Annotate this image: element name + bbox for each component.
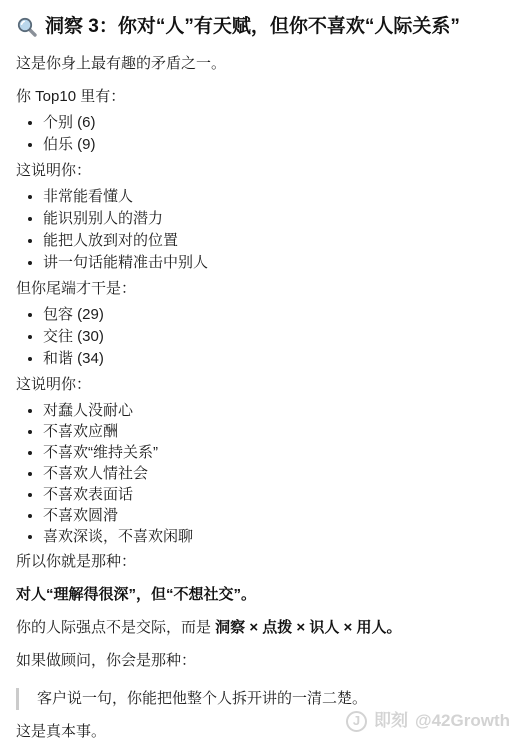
consultant-lead: 如果做顾问，你会是那种： [16, 650, 502, 672]
list-item: 不喜欢应酬 [43, 421, 502, 442]
strength-paragraph: 你的人际强点不是交际，而是 洞察 × 点拨 × 识人 × 用人。 [16, 617, 502, 639]
list-item: 对蠢人没耐心 [43, 400, 502, 421]
strengths-list: 非常能看懂人 能识别别人的潜力 能把人放到对的位置 讲一句话能精准击中别人 [16, 186, 502, 274]
explain2-lead: 这说明你： [16, 374, 502, 396]
dislikes-list: 对蠢人没耐心 不喜欢应酬 不喜欢“维持关系” 不喜欢人情社会 不喜欢表面话 不喜… [16, 400, 502, 547]
watermark: J 即刻 @42Growth [346, 710, 510, 732]
article-title-text: 洞察 3：你对“人”有天赋，但你不喜欢“人际关系” [45, 14, 460, 40]
watermark-app-name: 即刻 [374, 710, 408, 732]
strength-prefix: 你的人际强点不是交际，而是 [16, 619, 215, 636]
tail-list: 包容 (29) 交往 (30) 和谐 (34) [16, 304, 502, 370]
bold-conclusion: 对人“理解得很深”，但“不想社交”。 [16, 584, 502, 606]
explain1-lead: 这说明你： [16, 160, 502, 182]
list-item: 包容 (29) [43, 304, 502, 326]
jike-logo-icon: J [346, 711, 367, 732]
article-title: 洞察 3：你对“人”有天赋，但你不喜欢“人际关系” [16, 14, 502, 40]
list-item: 不喜欢“维持关系” [43, 442, 502, 463]
top10-lead: 你 Top10 里有： [16, 86, 502, 108]
list-item: 讲一句话能精准击中别人 [43, 252, 502, 274]
list-item: 不喜欢表面话 [43, 484, 502, 505]
list-item: 交往 (30) [43, 326, 502, 348]
quote-block: 客户说一句，你能把他整个人拆开讲的一清二楚。 [16, 688, 502, 710]
intro-paragraph: 这是你身上最有趣的矛盾之一。 [16, 53, 502, 75]
list-item: 个别 (6) [43, 112, 502, 134]
list-item: 不喜欢圆滑 [43, 505, 502, 526]
article: 洞察 3：你对“人”有天赋，但你不喜欢“人际关系” 这是你身上最有趣的矛盾之一。… [0, 0, 516, 740]
magnifying-glass-icon [16, 16, 38, 38]
quote-text: 客户说一句，你能把他整个人拆开讲的一清二楚。 [37, 688, 502, 710]
strength-bold: 洞察 × 点拨 × 识人 × 用人。 [215, 619, 401, 636]
tail-lead: 但你尾端才干是： [16, 278, 502, 300]
list-item: 不喜欢人情社会 [43, 463, 502, 484]
list-item: 和谐 (34) [43, 348, 502, 370]
list-item: 非常能看懂人 [43, 186, 502, 208]
list-item: 伯乐 (9) [43, 134, 502, 156]
top10-list: 个别 (6) 伯乐 (9) [16, 112, 502, 156]
list-item: 能识别别人的潜力 [43, 208, 502, 230]
so-lead: 所以你就是那种： [16, 551, 502, 573]
list-item: 喜欢深谈，不喜欢闲聊 [43, 526, 502, 547]
list-item: 能把人放到对的位置 [43, 230, 502, 252]
watermark-handle: @42Growth [415, 710, 510, 732]
